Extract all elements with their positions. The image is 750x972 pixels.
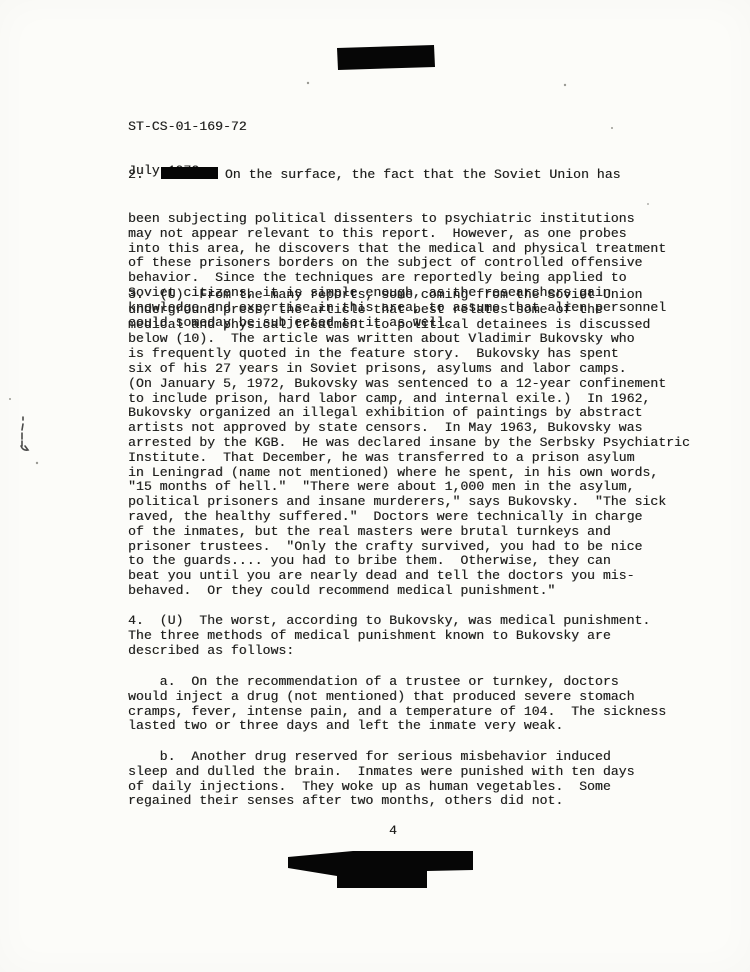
redaction-bar-bottom — [288, 851, 473, 888]
paragraph-3: 3. (U) From the many reports, some comin… — [128, 288, 690, 599]
paragraph-4: 4. (U) The worst, according to Bukovsky,… — [128, 614, 650, 658]
pen-mark — [21, 417, 28, 450]
redaction-bar-top — [337, 45, 435, 70]
scanned-document-page: ST-CS-01-169-72 July 1972 2.On the surfa… — [0, 0, 750, 972]
subparagraph-a: a. On the recommendation of a trustee or… — [128, 675, 666, 734]
paragraph-2-first-line: 2.On the surface, the fact that the Sovi… — [128, 167, 666, 183]
document-number: ST-CS-01-169-72 — [128, 120, 247, 135]
paragraph-2-number: 2. — [128, 167, 144, 182]
page-number: 4 — [389, 824, 397, 839]
subparagraph-b: b. Another drug reserved for serious mis… — [128, 750, 634, 809]
redaction-inline — [161, 167, 218, 179]
paragraph-2-first-line-text: On the surface, the fact that the Soviet… — [225, 167, 621, 182]
